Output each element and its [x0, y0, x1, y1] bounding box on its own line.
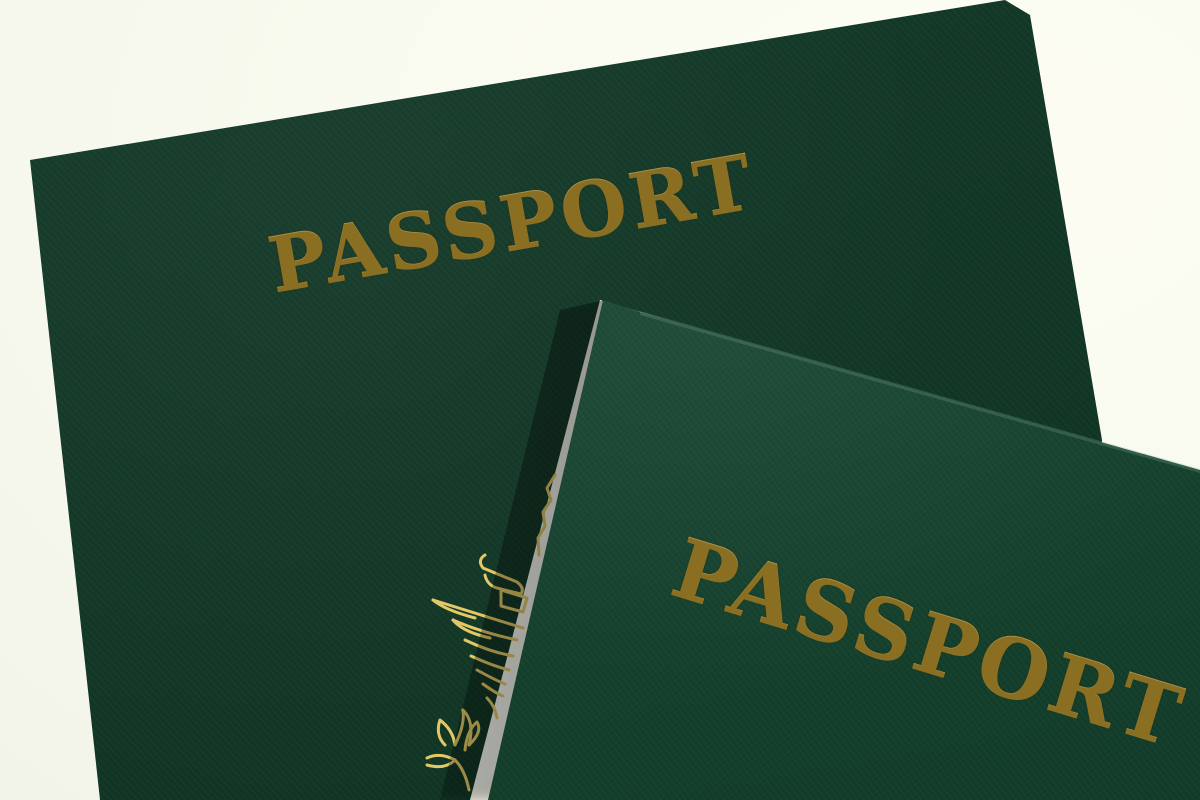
photo-scene: PASSPORT PASSPORT: [0, 0, 1200, 800]
